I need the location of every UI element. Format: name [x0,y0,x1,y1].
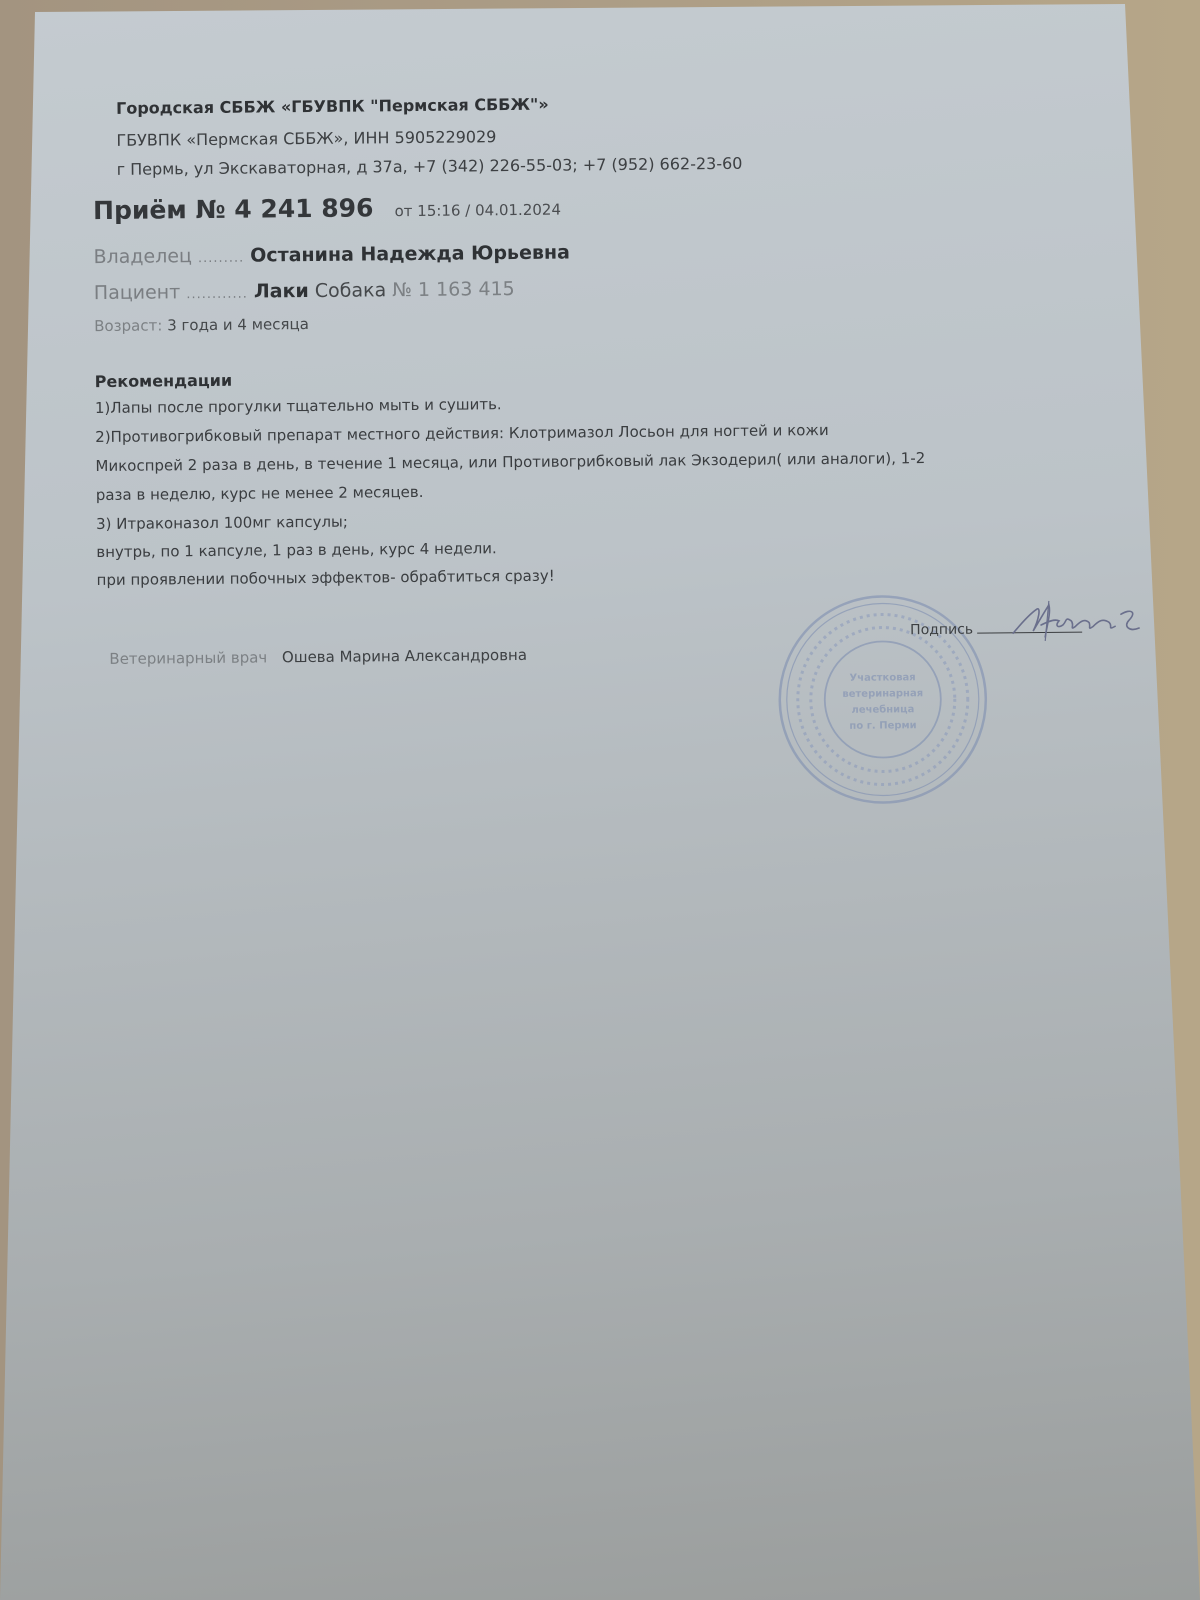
stamp-line-4: по г. Перми [849,720,916,732]
patient-label: Пациент [94,281,181,304]
veterinarian-label: Ветеринарный врач [109,648,267,668]
handwritten-signature-icon [1005,590,1156,651]
stamp-line-1: Участковая [849,672,915,684]
patient-name: Лаки [254,280,309,303]
stamp-line-3: лечебница [851,703,914,716]
organization-name: Городская СББЖ «ГБУВПК "Пермская СББЖ"» [116,95,549,118]
recommendation-line: при проявлении побочных эффектов- обрабт… [97,567,555,589]
owner-label: Владелец [93,245,192,268]
age-label: Возраст: [94,316,162,335]
organization-legal: ГБУВПК «Пермская СББЖ», ИНН 5905229029 [116,127,496,150]
appointment-header: Приём № 4 241 896 от 15:16 / 04.01.2024 [93,192,561,225]
recommendation-line: 2)Противогрибковый препарат местного дей… [95,421,829,446]
recommendations-title: Рекомендации [95,371,233,391]
owner-row: Владелец ......... Останина Надежда Юрье… [93,241,570,268]
stamp-line-2: ветеринарная [842,688,923,700]
patient-species: Собака [315,279,387,302]
recommendation-line: раза в неделю, курс не менее 2 месяцев. [96,483,424,504]
patient-leader: ............ [186,287,248,303]
owner-name: Останина Надежда Юрьевна [250,241,570,266]
organization-address: г Пермь, ул Экскаваторная, д 37а, +7 (34… [117,154,743,179]
patient-row: Пациент ............ Лаки Собака № 1 163… [94,278,515,304]
appointment-title: Приём № 4 241 896 [93,193,374,225]
veterinarian-row: Ветеринарный врач Ошева Марина Александр… [109,646,527,668]
signature-label: Подпись [910,622,973,639]
recommendation-line: внутрь, по 1 капсуле, 1 раз в день, курс… [96,539,497,561]
appointment-date: от 15:16 / 04.01.2024 [394,201,561,221]
document-content: Городская СББЖ «ГБУВПК "Пермская СББЖ"» … [0,0,1200,1600]
age-value: 3 года и 4 месяца [167,315,309,334]
recommendation-line: Микоспрей 2 раза в день, в течение 1 мес… [95,449,925,475]
patient-number: № 1 163 415 [392,278,515,301]
age-row: Возраст: 3 года и 4 месяца [94,315,309,335]
recommendation-line: 1)Лапы после прогулки тщательно мыть и с… [95,395,502,417]
owner-leader: ......... [198,251,244,266]
veterinarian-name: Ошева Марина Александровна [282,646,527,666]
recommendation-line: 3) Итраконазол 100мг капсулы; [96,513,348,533]
